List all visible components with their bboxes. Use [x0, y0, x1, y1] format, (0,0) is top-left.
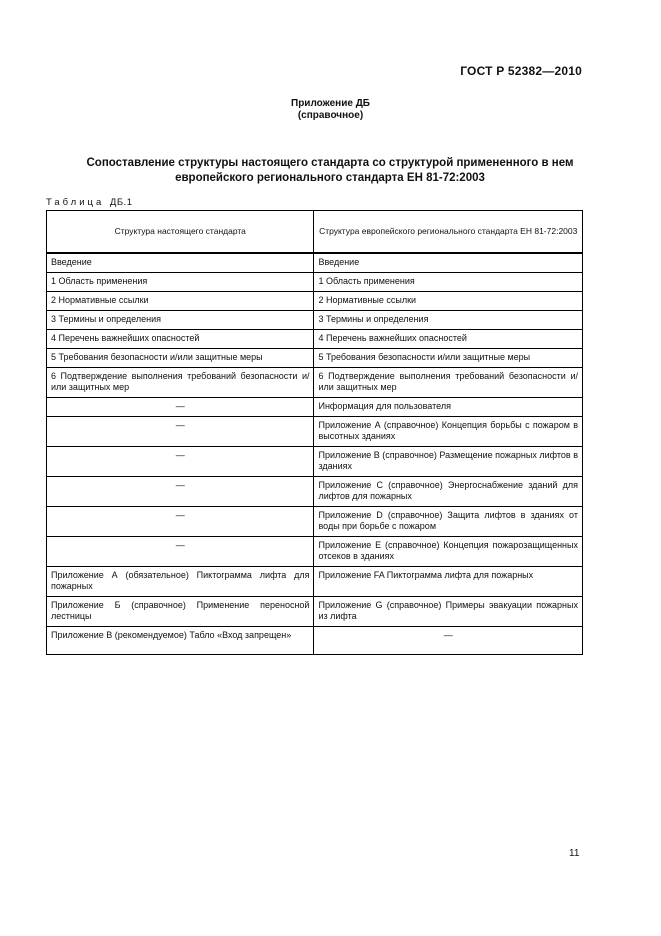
document-code: ГОСТ Р 52382—2010 — [460, 64, 582, 78]
table-row: 3 Термины и определения3 Термины и опред… — [47, 311, 583, 330]
document-title: Сопоставление структуры настоящего станд… — [30, 156, 630, 186]
cell-this-standard: Приложение Б (справочное) Применение пер… — [47, 597, 314, 627]
cell-this-standard: — — [47, 398, 314, 417]
table-row: —Приложение D (справочное) Защита лифтов… — [47, 507, 583, 537]
table-body: ВведениеВведение1 Область применения1 Об… — [47, 253, 583, 655]
cell-this-standard: — — [47, 417, 314, 447]
table-row: —Приложение Е (справочное) Концепция пож… — [47, 537, 583, 567]
cell-en-standard: Приложение G (справочное) Примеры эвакуа… — [314, 597, 583, 627]
cell-this-standard: — — [47, 507, 314, 537]
table-row: —Приложение С (справочное) Энергоснабжен… — [47, 477, 583, 507]
cell-en-standard: 6 Подтверждение выполнения требований бе… — [314, 368, 583, 398]
cell-en-standard: Введение — [314, 253, 583, 273]
cell-en-standard: 5 Требования безопасности и/или защитные… — [314, 349, 583, 368]
cell-this-standard: 1 Область применения — [47, 273, 314, 292]
cell-en-standard: Приложение Е (справочное) Концепция пожа… — [314, 537, 583, 567]
cell-this-standard: 3 Термины и определения — [47, 311, 314, 330]
cell-this-standard: — — [47, 537, 314, 567]
page-number: 11 — [569, 848, 579, 859]
table-row: —Приложение А (справочное) Концепция бор… — [47, 417, 583, 447]
column-header-en-standard: Структура европейского регионального ста… — [314, 211, 583, 254]
cell-en-standard: 3 Термины и определения — [314, 311, 583, 330]
cell-this-standard: 5 Требования безопасности и/или защитные… — [47, 349, 314, 368]
table-row: 1 Область применения1 Область применения — [47, 273, 583, 292]
table-row: 5 Требования безопасности и/или защитные… — [47, 349, 583, 368]
table-row: 4 Перечень важнейших опасностей4 Перечен… — [47, 330, 583, 349]
cell-this-standard: 2 Нормативные ссылки — [47, 292, 314, 311]
document-title-line-1: Сопоставление структуры настоящего станд… — [30, 156, 630, 171]
cell-this-standard: Приложение А (обязательное) Пиктограмма … — [47, 567, 314, 597]
cell-this-standard: — — [47, 477, 314, 507]
cell-this-standard: Введение — [47, 253, 314, 273]
comparison-table: Структура настоящего стандарта Структура… — [46, 210, 583, 655]
document-title-line-2: европейского регионального стандарта ЕН … — [30, 171, 630, 186]
cell-en-standard: Информация для пользователя — [314, 398, 583, 417]
cell-this-standard: 6 Подтверждение выполнения требований бе… — [47, 368, 314, 398]
cell-en-standard: 2 Нормативные ссылки — [314, 292, 583, 311]
cell-en-standard: Приложение D (справочное) Защита лифтов … — [314, 507, 583, 537]
cell-this-standard: — — [47, 447, 314, 477]
table-row: ВведениеВведение — [47, 253, 583, 273]
cell-en-standard: — — [314, 627, 583, 655]
annex-kind: (справочное) — [0, 110, 661, 122]
cell-this-standard: 4 Перечень важнейших опасностей — [47, 330, 314, 349]
table-row: 2 Нормативные ссылки2 Нормативные ссылки — [47, 292, 583, 311]
table-row: 6 Подтверждение выполнения требований бе… — [47, 368, 583, 398]
table-row: Приложение Б (справочное) Применение пер… — [47, 597, 583, 627]
table-row: —Приложение В (справочное) Размещение по… — [47, 447, 583, 477]
table-row: Приложение А (обязательное) Пиктограмма … — [47, 567, 583, 597]
cell-en-standard: Приложение А (справочное) Концепция борь… — [314, 417, 583, 447]
table-caption-word: Таблица — [46, 197, 104, 208]
annex-title: Приложение ДБ — [0, 98, 661, 110]
cell-en-standard: 4 Перечень важнейших опасностей — [314, 330, 583, 349]
annex-heading: Приложение ДБ (справочное) — [0, 98, 661, 122]
table-header-row: Структура настоящего стандарта Структура… — [47, 211, 583, 254]
cell-en-standard: Приложение FA Пиктограмма лифта для пожа… — [314, 567, 583, 597]
column-header-this-standard: Структура настоящего стандарта — [47, 211, 314, 254]
cell-en-standard: Приложение С (справочное) Энергоснабжени… — [314, 477, 583, 507]
cell-en-standard: 1 Область применения — [314, 273, 583, 292]
table-row: —Информация для пользователя — [47, 398, 583, 417]
cell-this-standard: Приложение В (рекомендуемое) Табло «Вход… — [47, 627, 314, 655]
table-row: Приложение В (рекомендуемое) Табло «Вход… — [47, 627, 583, 655]
cell-en-standard: Приложение В (справочное) Размещение пож… — [314, 447, 583, 477]
table-caption-number: ДБ.1 — [110, 197, 133, 208]
table-caption: Таблица ДБ.1 — [46, 197, 132, 208]
